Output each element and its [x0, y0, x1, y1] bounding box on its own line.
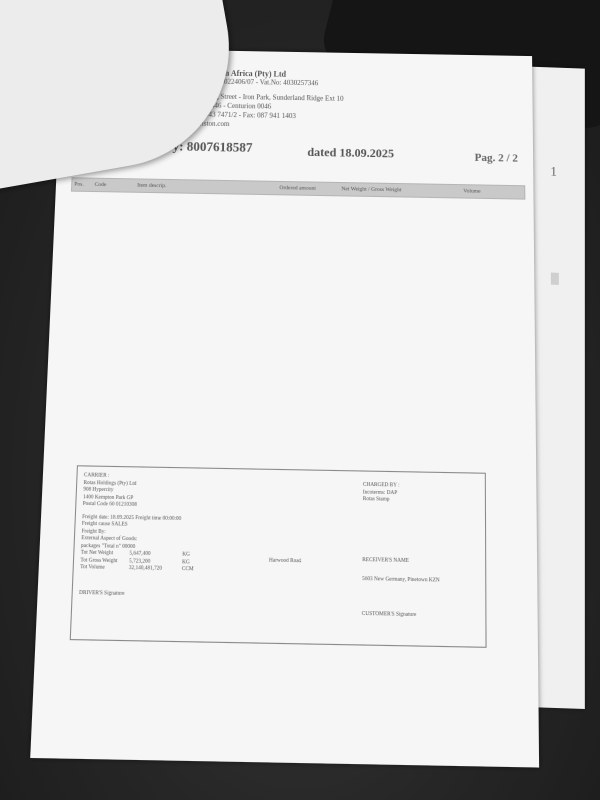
items-table-body: [60, 191, 526, 464]
total-volume: Tot Volume 32,140,481,720 CCM: [80, 565, 194, 574]
delivery-road: Harwood Road: [269, 558, 301, 566]
carrier-block: CARRIER : Rotas Holdings (Pty) Ltd 908 H…: [80, 473, 196, 574]
col-pos: Pos.: [74, 181, 84, 187]
col-weight: Net Weight / Gross Weight: [341, 186, 401, 193]
col-ordered-amount: Ordered amount: [279, 185, 316, 192]
col-code: Code: [94, 182, 106, 188]
receiver-block: RECEIVER'S NAME 5603 New Germany, Pineto…: [362, 558, 440, 585]
back-sheet-page-marker: 1: [550, 163, 556, 179]
driver-signature: DRIVER'S Signature: [79, 591, 125, 599]
charged-by-label: CHARGED BY :: [363, 483, 400, 491]
carrier-stamp: Rotas Stamp: [363, 497, 400, 505]
delivery-footer-box: CARRIER : Rotas Holdings (Pty) Ltd 908 H…: [70, 465, 487, 648]
receiver-label: RECEIVER'S NAME: [362, 558, 440, 567]
col-volume: Volume: [463, 188, 480, 194]
page-number: Pag. 2 / 2: [475, 152, 518, 165]
receiver-address: 5603 New Germany, Pinetown KZN: [362, 576, 440, 585]
col-description: Item descrip.: [137, 183, 166, 190]
delivery-date: dated 18.09.2025: [307, 145, 394, 162]
back-sheet-mark: [551, 273, 559, 285]
customer-signature: CUSTOMER'S Signature: [362, 612, 417, 620]
charged-by-block: CHARGED BY : Incoterms: DAP Rotas Stamp: [363, 483, 400, 505]
company-website: www.ariston.com: [180, 119, 344, 131]
